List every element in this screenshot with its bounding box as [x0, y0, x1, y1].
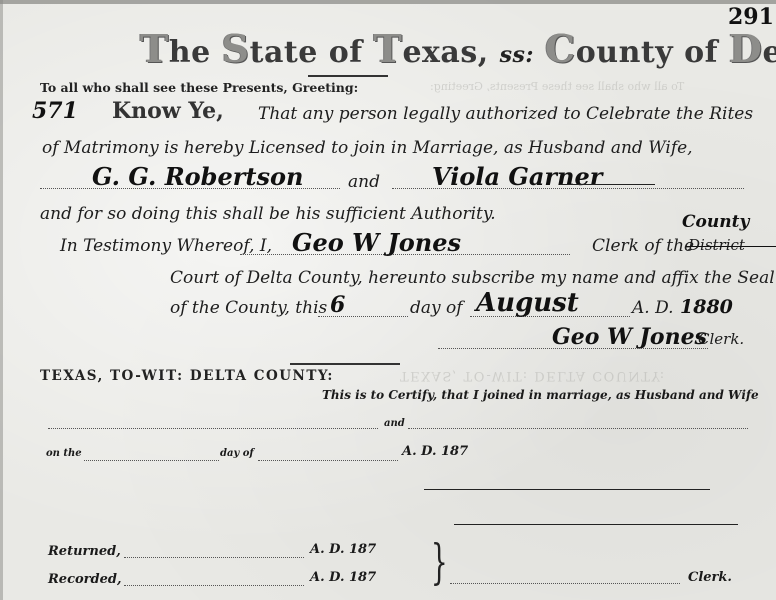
- year-value[interactable]: 1880: [680, 296, 733, 318]
- officiant-title-line[interactable]: [454, 524, 738, 525]
- recorded-date-line[interactable]: [124, 585, 304, 586]
- certify-text: This is to Certify, that I joined in mar…: [322, 388, 759, 402]
- returned-ad-label: A. D. 187: [310, 542, 376, 557]
- returned-label: Returned,: [48, 544, 121, 559]
- record-number: 571: [32, 98, 78, 124]
- recording-clerk-label: Clerk.: [688, 570, 732, 585]
- recorded-ad-label: A. D. 187: [310, 570, 376, 585]
- month-value[interactable]: August: [476, 288, 579, 318]
- clerk-of-the-label: Clerk of the: [592, 236, 694, 256]
- return-name-2-line[interactable]: [408, 428, 748, 429]
- title-initial-t: T: [140, 26, 169, 71]
- return-day-line[interactable]: [84, 460, 219, 461]
- return-ad-label: A. D. 187: [402, 444, 468, 459]
- recorded-label: Recorded,: [48, 572, 122, 587]
- ad-label: A. D.: [632, 298, 674, 318]
- title-initial-t2: T: [374, 26, 403, 71]
- return-and-label: and: [384, 418, 405, 429]
- bride-name-flourish: [560, 184, 655, 185]
- license-line-7-prefix: of the County, this: [170, 298, 327, 318]
- day-of-label: day of: [410, 298, 463, 318]
- title-ss: ss:: [500, 42, 534, 68]
- officiant-signature-line[interactable]: [424, 489, 710, 490]
- return-month-line[interactable]: [258, 460, 398, 461]
- title-word-elta: elta.: [762, 35, 776, 70]
- license-line-2: of Matrimony is hereby Licensed to join …: [42, 138, 693, 158]
- document-title: The State of Texas, ss: County of Delta.: [140, 26, 776, 71]
- testimony-label: In Testimony Whereof, I,: [60, 236, 272, 256]
- license-line-1: That any person legally authorized to Ce…: [258, 104, 753, 124]
- returned-date-line[interactable]: [124, 557, 304, 558]
- brace-symbol: }: [431, 538, 448, 586]
- title-flourish: [308, 75, 388, 77]
- title-word-county-of: ounty of: [576, 35, 718, 70]
- document-page: 291 The State of Texas, ss: County of De…: [0, 0, 776, 600]
- title-initial-s: S: [222, 26, 250, 71]
- divider-ornament: [290, 363, 400, 365]
- license-line-6: Court of Delta County, hereunto subscrib…: [170, 268, 775, 288]
- bride-name[interactable]: Viola Garner: [432, 162, 602, 191]
- court-type-inserted[interactable]: County: [682, 212, 749, 232]
- recording-clerk-line[interactable]: [450, 583, 680, 584]
- return-day-of-label: day of: [220, 448, 254, 459]
- clerk-signature[interactable]: Geo W Jones: [552, 324, 707, 350]
- return-heading: TEXAS, TO-WIT: DELTA COUNTY:: [40, 368, 334, 384]
- on-the-label: on the: [46, 448, 82, 459]
- know-ye-heading: Know Ye,: [112, 98, 224, 124]
- title-initial-c: C: [545, 26, 576, 71]
- and-label: and: [348, 172, 380, 192]
- signature-line: [438, 348, 708, 349]
- page-top-edge: [0, 0, 776, 4]
- bleedthrough-greeting: To all who shall see these Presents, Gre…: [430, 80, 684, 93]
- title-initial-d: D: [729, 26, 762, 71]
- title-word-he: he: [169, 35, 211, 70]
- return-name-1-line[interactable]: [48, 428, 378, 429]
- license-line-4: and for so doing this shall be his suffi…: [40, 204, 496, 224]
- court-type-struck: District: [688, 236, 776, 254]
- title-word-state-of: tate of: [250, 35, 363, 70]
- clerk-name-handwritten[interactable]: Geo W Jones: [292, 228, 461, 257]
- bleedthrough-heading: TEXAS, TO-WIT: DELTA COUNTY:: [400, 368, 666, 383]
- day-value[interactable]: 6: [330, 292, 345, 318]
- clerk-title-label: Clerk.: [698, 330, 744, 348]
- greeting-line: To all who shall see these Presents, Gre…: [40, 80, 358, 95]
- groom-name[interactable]: G. G. Robertson: [92, 162, 303, 191]
- title-word-exas: exas,: [402, 35, 488, 70]
- page-left-edge: [0, 0, 3, 600]
